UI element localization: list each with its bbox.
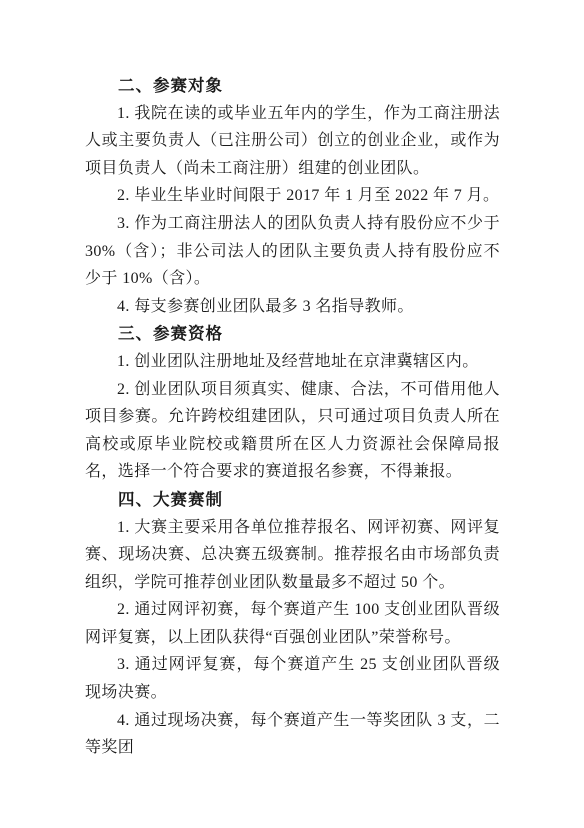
section-heading: 三、参赛资格 — [85, 320, 500, 348]
section-qualifications: 三、参赛资格 1. 创业团队注册地址及经营地址在京津冀辖区内。 2. 创业团队项… — [85, 320, 500, 486]
paragraph: 1. 创业团队注册地址及经营地址在京津冀辖区内。 — [85, 348, 500, 376]
paragraph: 1. 大赛主要采用各单位推荐报名、网评初赛、网评复赛、现场决赛、总决赛五级赛制。… — [85, 514, 500, 597]
document-page: 二、参赛对象 1. 我院在读的或毕业五年内的学生，作为工商注册法人或主要负责人（… — [0, 0, 584, 828]
section-heading: 四、大赛赛制 — [85, 486, 500, 514]
section-participants: 二、参赛对象 1. 我院在读的或毕业五年内的学生，作为工商注册法人或主要负责人（… — [85, 72, 500, 320]
paragraph: 2. 毕业生毕业时间限于 2017 年 1 月至 2022 年 7 月。 — [85, 182, 500, 210]
paragraph: 2. 通过网评初赛，每个赛道产生 100 支创业团队晋级网评复赛，以上团队获得“… — [85, 596, 500, 651]
paragraph: 4. 每支参赛创业团队最多 3 名指导教师。 — [85, 293, 500, 321]
section-heading: 二、参赛对象 — [85, 72, 500, 100]
paragraph: 4. 通过现场决赛，每个赛道产生一等奖团队 3 支，二等奖团 — [85, 707, 500, 762]
paragraph: 1. 我院在读的或毕业五年内的学生，作为工商注册法人或主要负责人（已注册公司）创… — [85, 100, 500, 183]
paragraph: 2. 创业团队项目须真实、健康、合法，不可借用他人项目参赛。允许跨校组建团队，只… — [85, 376, 500, 486]
paragraph: 3. 通过网评复赛，每个赛道产生 25 支创业团队晋级现场决赛。 — [85, 651, 500, 706]
paragraph: 3. 作为工商注册法人的团队负责人持有股份应不少于 30%（含）；非公司法人的团… — [85, 210, 500, 293]
section-format: 四、大赛赛制 1. 大赛主要采用各单位推荐报名、网评初赛、网评复赛、现场决赛、总… — [85, 486, 500, 762]
